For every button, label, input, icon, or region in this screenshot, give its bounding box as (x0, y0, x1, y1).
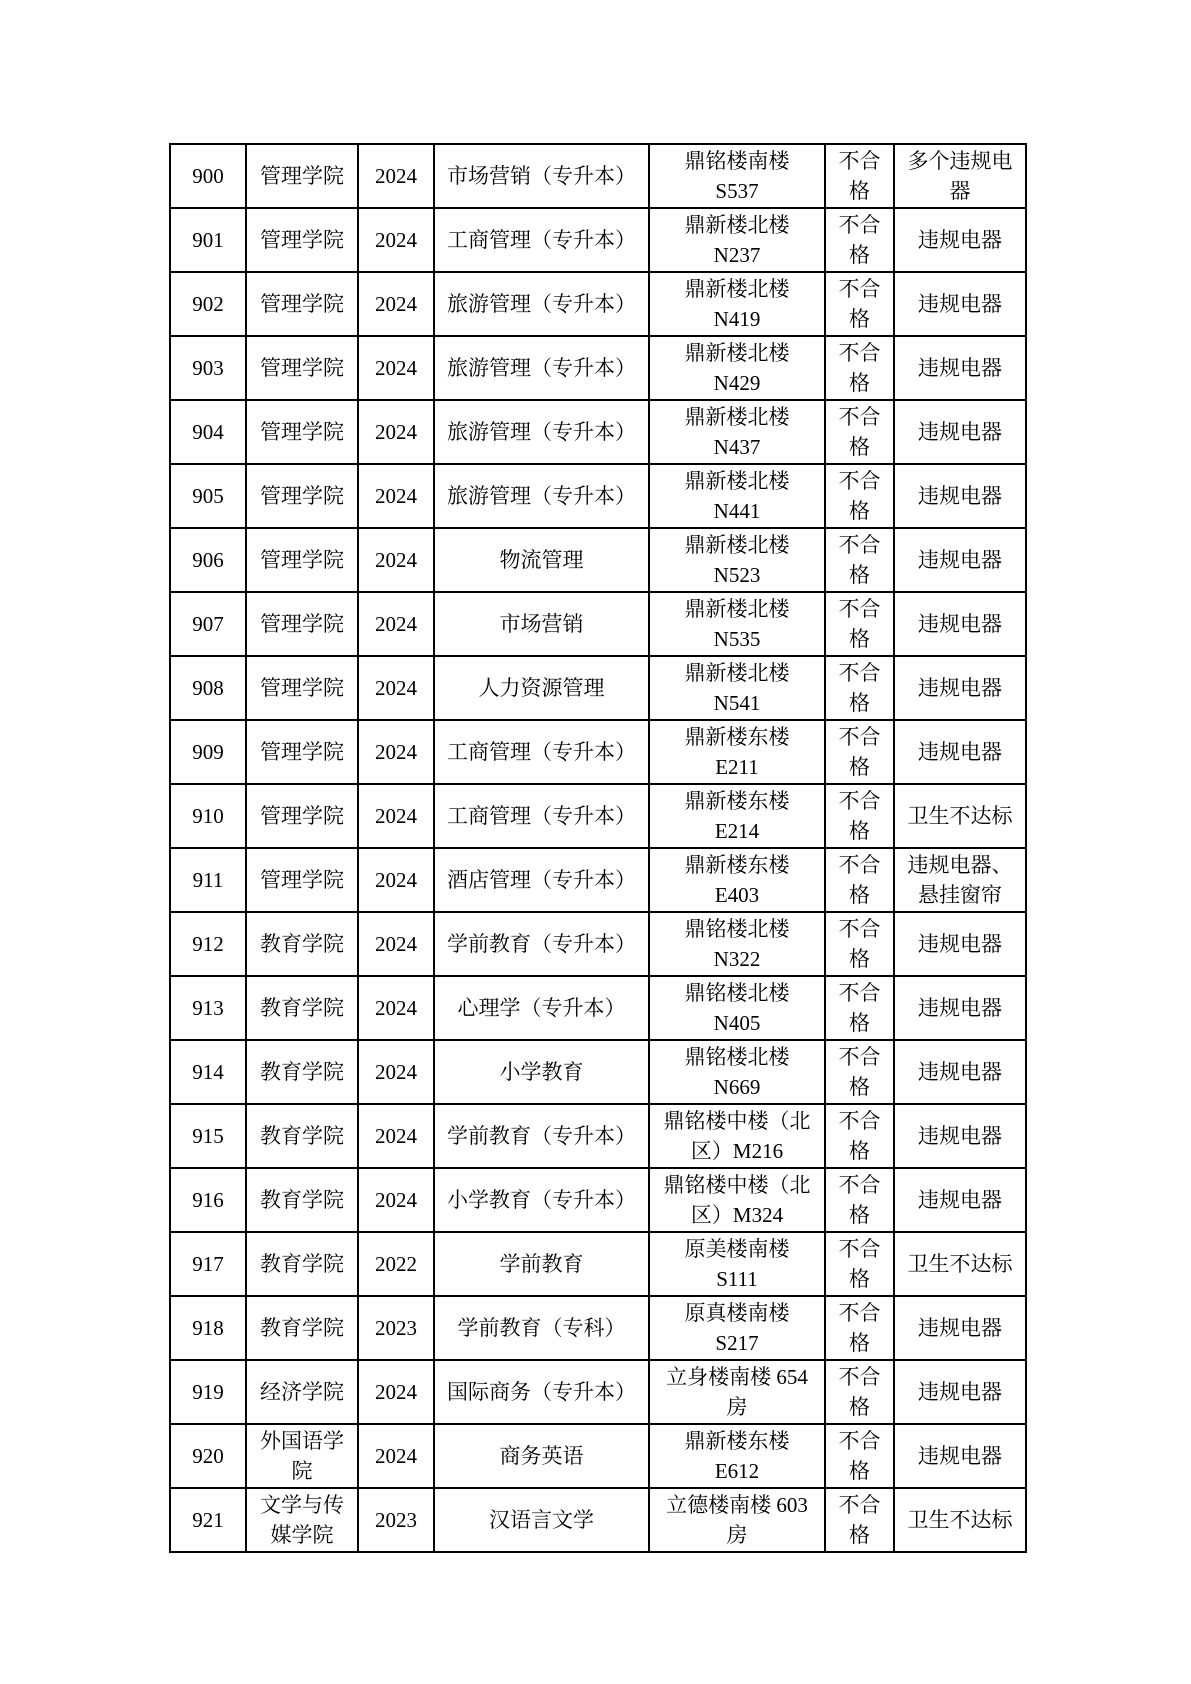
cell-grade: 2024 (358, 400, 434, 464)
cell-college: 管理学院 (246, 848, 358, 912)
table-row: 902管理学院2024旅游管理（专升本）鼎新楼北楼 N419不合 格违规电器 (170, 272, 1026, 336)
cell-college: 经济学院 (246, 1360, 358, 1424)
table-row: 915教育学院2024学前教育（专升本）鼎铭楼中楼（北 区）M216不合 格违规… (170, 1104, 1026, 1168)
cell-result: 不合 格 (825, 1232, 894, 1296)
cell-issues: 违规电器、 悬挂窗帘 (894, 848, 1026, 912)
cell-location: 鼎新楼北楼 N441 (649, 464, 825, 528)
cell-major: 旅游管理（专升本） (434, 272, 649, 336)
cell-major: 工商管理（专升本） (434, 208, 649, 272)
cell-result: 不合 格 (825, 1104, 894, 1168)
cell-grade: 2022 (358, 1232, 434, 1296)
cell-no: 906 (170, 528, 246, 592)
cell-result: 不合 格 (825, 1040, 894, 1104)
cell-college: 管理学院 (246, 528, 358, 592)
cell-grade: 2024 (358, 208, 434, 272)
cell-major: 市场营销（专升本） (434, 144, 649, 208)
cell-major: 工商管理（专升本） (434, 720, 649, 784)
cell-college: 管理学院 (246, 208, 358, 272)
cell-location: 鼎新楼东楼 E612 (649, 1424, 825, 1488)
cell-college: 教育学院 (246, 1040, 358, 1104)
cell-no: 919 (170, 1360, 246, 1424)
cell-college: 文学与传 媒学院 (246, 1488, 358, 1552)
cell-issues: 违规电器 (894, 272, 1026, 336)
cell-major: 酒店管理（专升本） (434, 848, 649, 912)
cell-result: 不合 格 (825, 528, 894, 592)
cell-issues: 违规电器 (894, 912, 1026, 976)
cell-issues: 违规电器 (894, 1040, 1026, 1104)
document-page: 900管理学院2024市场营销（专升本）鼎铭楼南楼 S537不合 格多个违规电 … (0, 0, 1191, 1684)
table-row: 911管理学院2024酒店管理（专升本）鼎新楼东楼 E403不合 格违规电器、 … (170, 848, 1026, 912)
cell-college: 管理学院 (246, 592, 358, 656)
cell-issues: 违规电器 (894, 1104, 1026, 1168)
cell-location: 鼎铭楼北楼 N405 (649, 976, 825, 1040)
cell-college: 教育学院 (246, 912, 358, 976)
table-row: 910管理学院2024工商管理（专升本）鼎新楼东楼 E214不合 格卫生不达标 (170, 784, 1026, 848)
cell-grade: 2023 (358, 1488, 434, 1552)
cell-location: 鼎铭楼北楼 N322 (649, 912, 825, 976)
table-row: 904管理学院2024旅游管理（专升本）鼎新楼北楼 N437不合 格违规电器 (170, 400, 1026, 464)
cell-major: 旅游管理（专升本） (434, 464, 649, 528)
cell-grade: 2024 (358, 464, 434, 528)
cell-location: 鼎新楼北楼 N541 (649, 656, 825, 720)
cell-college: 管理学院 (246, 144, 358, 208)
cell-no: 918 (170, 1296, 246, 1360)
cell-no: 901 (170, 208, 246, 272)
table-row: 918教育学院2023学前教育（专科）原真楼南楼 S217不合 格违规电器 (170, 1296, 1026, 1360)
cell-location: 鼎铭楼北楼 N669 (649, 1040, 825, 1104)
cell-no: 921 (170, 1488, 246, 1552)
cell-major: 小学教育 (434, 1040, 649, 1104)
cell-location: 立身楼南楼 654 房 (649, 1360, 825, 1424)
cell-grade: 2023 (358, 1296, 434, 1360)
cell-result: 不合 格 (825, 1296, 894, 1360)
table-row: 916教育学院2024小学教育（专升本）鼎铭楼中楼（北 区）M324不合 格违规… (170, 1168, 1026, 1232)
cell-result: 不合 格 (825, 400, 894, 464)
cell-major: 小学教育（专升本） (434, 1168, 649, 1232)
cell-location: 鼎新楼东楼 E214 (649, 784, 825, 848)
cell-result: 不合 格 (825, 912, 894, 976)
cell-major: 物流管理 (434, 528, 649, 592)
cell-no: 900 (170, 144, 246, 208)
cell-no: 916 (170, 1168, 246, 1232)
cell-major: 工商管理（专升本） (434, 784, 649, 848)
table-row: 914教育学院2024小学教育鼎铭楼北楼 N669不合 格违规电器 (170, 1040, 1026, 1104)
cell-location: 原美楼南楼 S111 (649, 1232, 825, 1296)
cell-result: 不合 格 (825, 1168, 894, 1232)
cell-result: 不合 格 (825, 1424, 894, 1488)
cell-issues: 违规电器 (894, 208, 1026, 272)
cell-college: 管理学院 (246, 720, 358, 784)
cell-major: 心理学（专升本） (434, 976, 649, 1040)
cell-result: 不合 格 (825, 464, 894, 528)
cell-college: 外国语学 院 (246, 1424, 358, 1488)
cell-grade: 2024 (358, 848, 434, 912)
cell-no: 915 (170, 1104, 246, 1168)
cell-location: 原真楼南楼 S217 (649, 1296, 825, 1360)
cell-no: 908 (170, 656, 246, 720)
cell-location: 鼎新楼北楼 N429 (649, 336, 825, 400)
cell-grade: 2024 (358, 1040, 434, 1104)
cell-major: 学前教育（专升本） (434, 1104, 649, 1168)
table-row: 901管理学院2024工商管理（专升本）鼎新楼北楼 N237不合 格违规电器 (170, 208, 1026, 272)
cell-college: 管理学院 (246, 272, 358, 336)
cell-grade: 2024 (358, 912, 434, 976)
table-row: 907管理学院2024市场营销鼎新楼北楼 N535不合 格违规电器 (170, 592, 1026, 656)
cell-college: 管理学院 (246, 400, 358, 464)
table-body: 900管理学院2024市场营销（专升本）鼎铭楼南楼 S537不合 格多个违规电 … (170, 144, 1026, 1552)
cell-no: 911 (170, 848, 246, 912)
cell-college: 教育学院 (246, 1232, 358, 1296)
table-row: 913教育学院2024心理学（专升本）鼎铭楼北楼 N405不合 格违规电器 (170, 976, 1026, 1040)
cell-result: 不合 格 (825, 144, 894, 208)
cell-location: 鼎新楼北楼 N437 (649, 400, 825, 464)
cell-issues: 违规电器 (894, 656, 1026, 720)
cell-issues: 卫生不达标 (894, 784, 1026, 848)
cell-college: 教育学院 (246, 1104, 358, 1168)
cell-grade: 2024 (358, 528, 434, 592)
cell-issues: 卫生不达标 (894, 1232, 1026, 1296)
cell-issues: 违规电器 (894, 976, 1026, 1040)
cell-location: 鼎铭楼中楼（北 区）M324 (649, 1168, 825, 1232)
cell-issues: 违规电器 (894, 1360, 1026, 1424)
table-row: 903管理学院2024旅游管理（专升本）鼎新楼北楼 N429不合 格违规电器 (170, 336, 1026, 400)
cell-issues: 违规电器 (894, 1424, 1026, 1488)
cell-college: 教育学院 (246, 1168, 358, 1232)
cell-location: 立德楼南楼 603 房 (649, 1488, 825, 1552)
table-row: 900管理学院2024市场营销（专升本）鼎铭楼南楼 S537不合 格多个违规电 … (170, 144, 1026, 208)
cell-issues: 违规电器 (894, 720, 1026, 784)
table-row: 919经济学院2024国际商务（专升本）立身楼南楼 654 房不合 格违规电器 (170, 1360, 1026, 1424)
cell-issues: 违规电器 (894, 1168, 1026, 1232)
cell-location: 鼎铭楼南楼 S537 (649, 144, 825, 208)
cell-no: 910 (170, 784, 246, 848)
cell-no: 907 (170, 592, 246, 656)
cell-no: 920 (170, 1424, 246, 1488)
cell-major: 学前教育（专科） (434, 1296, 649, 1360)
cell-issues: 违规电器 (894, 336, 1026, 400)
cell-no: 913 (170, 976, 246, 1040)
cell-grade: 2024 (358, 656, 434, 720)
cell-no: 904 (170, 400, 246, 464)
cell-location: 鼎新楼北楼 N535 (649, 592, 825, 656)
cell-result: 不合 格 (825, 272, 894, 336)
cell-no: 917 (170, 1232, 246, 1296)
cell-result: 不合 格 (825, 656, 894, 720)
cell-issues: 违规电器 (894, 1296, 1026, 1360)
cell-grade: 2024 (358, 976, 434, 1040)
cell-grade: 2024 (358, 144, 434, 208)
cell-grade: 2024 (358, 784, 434, 848)
cell-issues: 违规电器 (894, 592, 1026, 656)
cell-major: 人力资源管理 (434, 656, 649, 720)
cell-major: 旅游管理（专升本） (434, 336, 649, 400)
cell-grade: 2024 (358, 720, 434, 784)
table-row: 920外国语学 院2024商务英语鼎新楼东楼 E612不合 格违规电器 (170, 1424, 1026, 1488)
cell-location: 鼎新楼北楼 N523 (649, 528, 825, 592)
cell-major: 国际商务（专升本） (434, 1360, 649, 1424)
cell-grade: 2024 (358, 1168, 434, 1232)
cell-issues: 违规电器 (894, 464, 1026, 528)
cell-grade: 2024 (358, 1104, 434, 1168)
cell-location: 鼎新楼北楼 N419 (649, 272, 825, 336)
cell-college: 管理学院 (246, 784, 358, 848)
cell-no: 914 (170, 1040, 246, 1104)
cell-college: 教育学院 (246, 1296, 358, 1360)
dorm-inspection-table: 900管理学院2024市场营销（专升本）鼎铭楼南楼 S537不合 格多个违规电 … (169, 143, 1027, 1553)
cell-no: 902 (170, 272, 246, 336)
cell-result: 不合 格 (825, 848, 894, 912)
cell-result: 不合 格 (825, 1488, 894, 1552)
cell-location: 鼎铭楼中楼（北 区）M216 (649, 1104, 825, 1168)
table-row: 909管理学院2024工商管理（专升本）鼎新楼东楼 E211不合 格违规电器 (170, 720, 1026, 784)
cell-grade: 2024 (358, 272, 434, 336)
cell-college: 管理学院 (246, 656, 358, 720)
table-row: 921文学与传 媒学院2023汉语言文学立德楼南楼 603 房不合 格卫生不达标 (170, 1488, 1026, 1552)
cell-issues: 卫生不达标 (894, 1488, 1026, 1552)
cell-result: 不合 格 (825, 720, 894, 784)
table-row: 905管理学院2024旅游管理（专升本）鼎新楼北楼 N441不合 格违规电器 (170, 464, 1026, 528)
cell-major: 学前教育 (434, 1232, 649, 1296)
cell-major: 学前教育（专升本） (434, 912, 649, 976)
cell-no: 905 (170, 464, 246, 528)
table-row: 912教育学院2024学前教育（专升本）鼎铭楼北楼 N322不合 格违规电器 (170, 912, 1026, 976)
cell-no: 903 (170, 336, 246, 400)
cell-no: 912 (170, 912, 246, 976)
cell-major: 旅游管理（专升本） (434, 400, 649, 464)
cell-major: 汉语言文学 (434, 1488, 649, 1552)
cell-result: 不合 格 (825, 784, 894, 848)
table-row: 917教育学院2022学前教育原美楼南楼 S111不合 格卫生不达标 (170, 1232, 1026, 1296)
cell-college: 教育学院 (246, 976, 358, 1040)
cell-college: 管理学院 (246, 336, 358, 400)
cell-result: 不合 格 (825, 592, 894, 656)
table-row: 908管理学院2024人力资源管理鼎新楼北楼 N541不合 格违规电器 (170, 656, 1026, 720)
cell-location: 鼎新楼东楼 E403 (649, 848, 825, 912)
cell-grade: 2024 (358, 336, 434, 400)
cell-no: 909 (170, 720, 246, 784)
cell-college: 管理学院 (246, 464, 358, 528)
cell-location: 鼎新楼东楼 E211 (649, 720, 825, 784)
cell-issues: 违规电器 (894, 400, 1026, 464)
cell-grade: 2024 (358, 592, 434, 656)
cell-result: 不合 格 (825, 976, 894, 1040)
cell-result: 不合 格 (825, 1360, 894, 1424)
cell-issues: 多个违规电 器 (894, 144, 1026, 208)
cell-major: 市场营销 (434, 592, 649, 656)
table-row: 906管理学院2024物流管理鼎新楼北楼 N523不合 格违规电器 (170, 528, 1026, 592)
cell-location: 鼎新楼北楼 N237 (649, 208, 825, 272)
cell-issues: 违规电器 (894, 528, 1026, 592)
cell-major: 商务英语 (434, 1424, 649, 1488)
cell-grade: 2024 (358, 1360, 434, 1424)
cell-result: 不合 格 (825, 208, 894, 272)
cell-result: 不合 格 (825, 336, 894, 400)
cell-grade: 2024 (358, 1424, 434, 1488)
